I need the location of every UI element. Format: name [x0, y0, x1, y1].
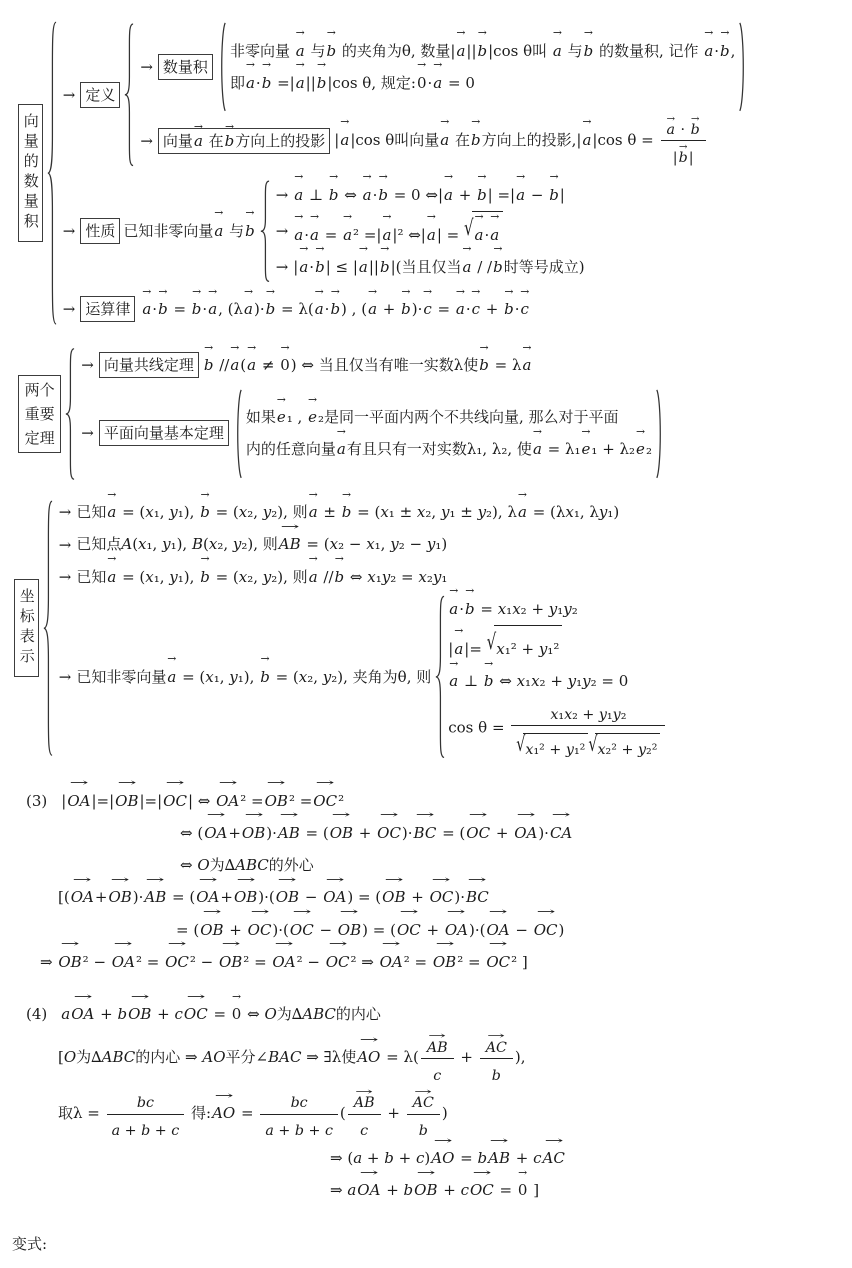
left-brace-icon	[434, 593, 445, 761]
statement-3-number: (3)	[26, 792, 47, 810]
tree-arrow: →	[59, 568, 72, 586]
math-notes-page: 向量的数量积 → 定义 → 数量积 非零向量 a 与b 的夹角为θ, 数量|a|…	[0, 0, 852, 1268]
tree-arrow: →	[59, 668, 72, 686]
footer-label: 变式:	[12, 1233, 846, 1254]
tree-arrow: →	[81, 356, 94, 374]
coordinate-rule-3: 已知a = (x₁, y₁), b = (x₂, y₂), 则a //b ⇔ x…	[76, 561, 447, 593]
angle-rule-line-2: |a|= √x₁² + y₁²	[448, 625, 667, 665]
property-2: a·a = a² =|a|² ⇔|a| = √a·a	[293, 211, 503, 251]
tree-arrow: →	[59, 503, 72, 521]
left-brace-icon	[42, 496, 53, 761]
projection-label: 向量a 在b方向上的投影	[158, 128, 330, 154]
coordinate-rule: →已知点A(x₁, y₁), B(x₂, y₂), 则AB = (x₂ − x₁…	[56, 528, 668, 560]
statement-4-line-0: aOA + bOB + cOC = 0 ⇔ O为∆ABC的内心	[61, 998, 381, 1030]
branch-operation-laws: → 运算律 a·b = b·a, (λa)·b = λ(a·b) , (a + …	[60, 293, 753, 325]
concept-map-dot-product: 向量的数量积 → 定义 → 数量积 非零向量 a 与b 的夹角为θ, 数量|a|…	[18, 16, 846, 330]
tree-arrow: →	[63, 300, 76, 318]
branch-basis-theorem: → 平面向量基本定理 如果e₁ , e₂是同一平面内两个不共线向量, 那么对于平…	[78, 388, 669, 480]
tree-arrow: →	[276, 258, 289, 276]
tree-arrow: →	[140, 132, 153, 150]
statement-4: (4) aOA + bOB + cOC = 0 ⇔ O为∆ABC的内心 [O为∆…	[18, 998, 846, 1206]
statement-4-line-1: [O为∆ABC的内心 ⇒ AO平分∠BAC ⇒ ∃λ使AO = λ(ABc + …	[18, 1030, 846, 1086]
angle-rule-line-3: a ⊥ b ⇔ x₁x₂ + y₁y₂ = 0	[448, 665, 667, 697]
map-root-label: 向量的数量积	[18, 104, 43, 242]
coordinate-rule-1: 已知a = (x₁, y₁), b = (x₂, y₂), 则a ± b = (…	[76, 496, 619, 528]
left-paren-icon	[216, 21, 227, 113]
property-item: →|a·b| ≤ |a||b|(当且仅当a / /b时等号成立)	[273, 251, 585, 283]
angle-rule-line-1: a·b = x₁x₂ + y₁y₂	[448, 593, 667, 625]
statement-3-line-5: ⇒ OB² − OA² = OC² − OB² = OA² − OC² ⇒ OA…	[18, 946, 846, 978]
branch-collinear-theorem: → 向量共线定理 b //a(a ≠ 0) ⇔ 当且仅当有唯一实数λ使b = λ…	[78, 349, 669, 381]
coordinate-rule: →已知a = (x₁, y₁), b = (x₂, y₂), 则a ± b = …	[56, 496, 668, 528]
tree-arrow: →	[59, 536, 72, 554]
left-brace-icon	[259, 179, 270, 284]
angle-rule-line-4: cos θ = x₁x₂ + y₁y₂√x₁² + y₁²√x₂² + y₂²	[448, 697, 667, 760]
operation-laws-text: a·b = b·a, (λa)·b = λ(a·b) , (a + b)·c =…	[141, 293, 530, 325]
basis-theorem-line-1: 如果e₁ , e₂是同一平面内两个不共线向量, 那么对于平面	[246, 401, 652, 433]
concept-map-coordinates: 坐标表示 →已知a = (x₁, y₁), b = (x₂, y₂), 则a ±…	[14, 496, 846, 761]
two-theorems-label: 两个重要定理	[18, 375, 61, 453]
tree-arrow: →	[81, 424, 94, 442]
statement-3: (3) |OA|=|OB|=|OC| ⇔ OA² =OB² =OC² ⇔ (OA…	[18, 785, 846, 979]
definition-label: 定义	[80, 82, 120, 108]
projection-text: |a|cos θ叫向量a 在b方向上的投影,|a|cos θ = a · b|b…	[334, 113, 707, 169]
properties-label: 性质	[80, 218, 120, 244]
tree-arrow: →	[276, 222, 289, 240]
coordinate-rule-2: 已知点A(x₁, y₁), B(x₂, y₂), 则AB = (x₂ − x₁,…	[76, 528, 447, 560]
coordinate-rule: →已知a = (x₁, y₁), b = (x₂, y₂), 则a //b ⇔ …	[56, 561, 668, 593]
tree-arrow: →	[63, 86, 76, 104]
properties-intro: 已知非零向量a 与b	[123, 215, 255, 247]
angle-rule-intro: 已知非零向量a = (x₁, y₁), b = (x₂, y₂), 夹角为θ, …	[76, 661, 431, 693]
operation-laws-label: 运算律	[80, 296, 135, 322]
dot-product-line-1: 非零向量 a 与b 的夹角为θ, 数量|a||b|cos θ叫 a 与b 的数量…	[230, 35, 736, 67]
property-1: a ⊥ b ⇔ a·b = 0 ⇔|a + b| =|a − b|	[293, 179, 565, 211]
concept-map-two-theorems: 两个重要定理 → 向量共线定理 b //a(a ≠ 0) ⇔ 当且仅当有唯一实数…	[18, 346, 846, 482]
statement-3-line-1: ⇔ (OA+OB)·AB = (OB + OC)·BC = (OC + OA)·…	[18, 817, 846, 849]
statement-4-line-4: ⇒ aOA + bOB + cOC = 0 ]	[18, 1174, 846, 1206]
statement-3-line-3: [(OA+OB)·AB = (OA+OB)·(OB − OA) = (OB + …	[18, 881, 846, 913]
left-brace-icon	[123, 21, 134, 169]
property-3: |a·b| ≤ |a||b|(当且仅当a / /b时等号成立)	[293, 251, 584, 283]
statement-4-number: (4)	[26, 1005, 47, 1023]
branch-definition: → 定义 → 数量积 非零向量 a 与b 的夹角为θ, 数量|a||b|cos …	[60, 21, 753, 169]
statement-4-line-2: 取λ = bca + b + c 得:AO = bca + b + c(ABc …	[18, 1086, 846, 1142]
left-brace-icon	[46, 16, 57, 330]
statement-3-line-0: |OA|=|OB|=|OC| ⇔ OA² =OB² =OC²	[61, 785, 344, 817]
coordinates-label: 坐标表示	[14, 579, 39, 677]
right-paren-icon	[738, 21, 749, 113]
branch-properties: → 性质 已知非零向量a 与b →a ⊥ b ⇔ a·b = 0 ⇔|a + b…	[60, 179, 753, 284]
basis-theorem-label: 平面向量基本定理	[99, 420, 229, 446]
tree-arrow: →	[140, 58, 153, 76]
basis-theorem-line-2: 内的任意向量a有且只有一对实数λ₁, λ₂, 使a = λ₁e₁ + λ₂e₂	[246, 433, 652, 465]
left-paren-icon	[232, 388, 243, 480]
tree-arrow: →	[63, 222, 76, 240]
sub-branch-dot-product: → 数量积 非零向量 a 与b 的夹角为θ, 数量|a||b|cos θ叫 a …	[137, 21, 752, 113]
dot-product-line-2: 即a·b =|a||b|cos θ, 规定:0·a = 0	[230, 67, 736, 99]
dot-product-label: 数量积	[158, 54, 213, 80]
tree-arrow: →	[276, 186, 289, 204]
collinear-theorem-label: 向量共线定理	[99, 352, 199, 378]
property-item: →a ⊥ b ⇔ a·b = 0 ⇔|a + b| =|a − b|	[273, 179, 585, 211]
statement-3-line-4: = (OB + OC)·(OC − OB) = (OC + OA)·(OA − …	[18, 914, 846, 946]
sub-branch-projection: → 向量a 在b方向上的投影 |a|cos θ叫向量a 在b方向上的投影,|a|…	[137, 113, 752, 169]
right-paren-icon	[655, 388, 666, 480]
left-brace-icon	[64, 346, 75, 482]
coordinate-rule-angle: → 已知非零向量a = (x₁, y₁), b = (x₂, y₂), 夹角为θ…	[56, 593, 668, 761]
statement-4-head: (4) aOA + bOB + cOC = 0 ⇔ O为∆ABC的内心	[18, 998, 846, 1030]
collinear-theorem-text: b //a(a ≠ 0) ⇔ 当且仅当有唯一实数λ使b = λa	[203, 349, 533, 381]
